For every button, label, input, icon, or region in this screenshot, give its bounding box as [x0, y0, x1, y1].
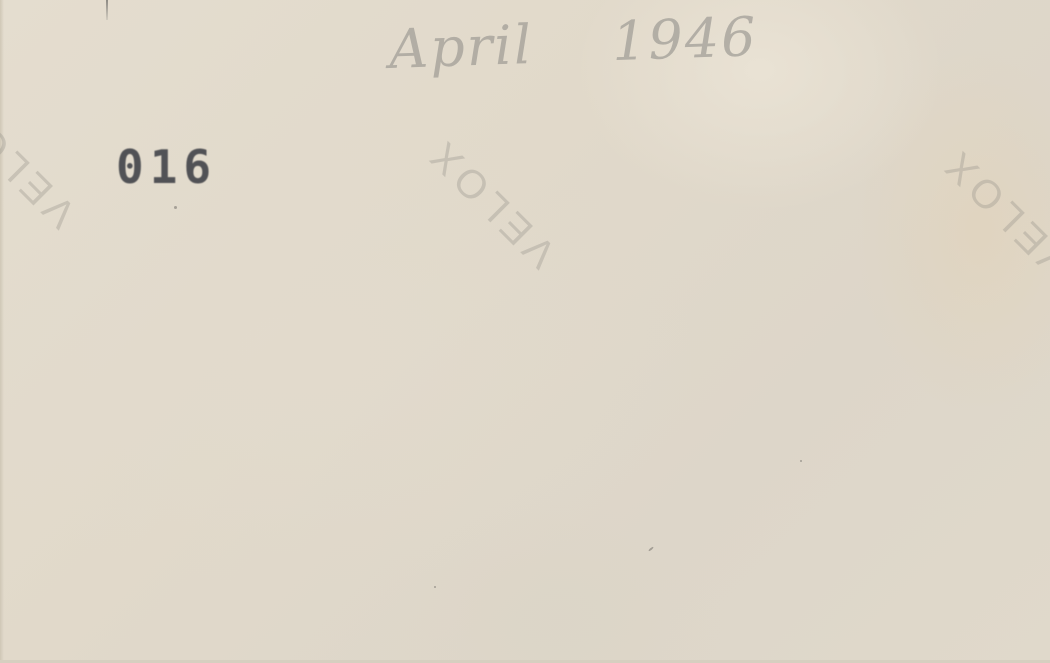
stamped-number: 016 — [116, 140, 217, 194]
handwritten-date: April 1946 — [388, 5, 758, 81]
velox-watermark-left: VELOX — [0, 89, 85, 236]
paper-edge-left — [0, 0, 4, 663]
photo-back-card: VELOX VELOX VELOX April 1946 016 — [0, 0, 1050, 663]
paper-speck — [800, 460, 802, 462]
paper-speck — [434, 586, 436, 588]
ink-speck — [174, 206, 177, 209]
paper-speck — [648, 546, 654, 551]
pencil-stroke-mark — [106, 0, 108, 20]
velox-watermark-right: VELOX — [933, 139, 1050, 286]
velox-watermark-center: VELOX — [418, 129, 565, 276]
